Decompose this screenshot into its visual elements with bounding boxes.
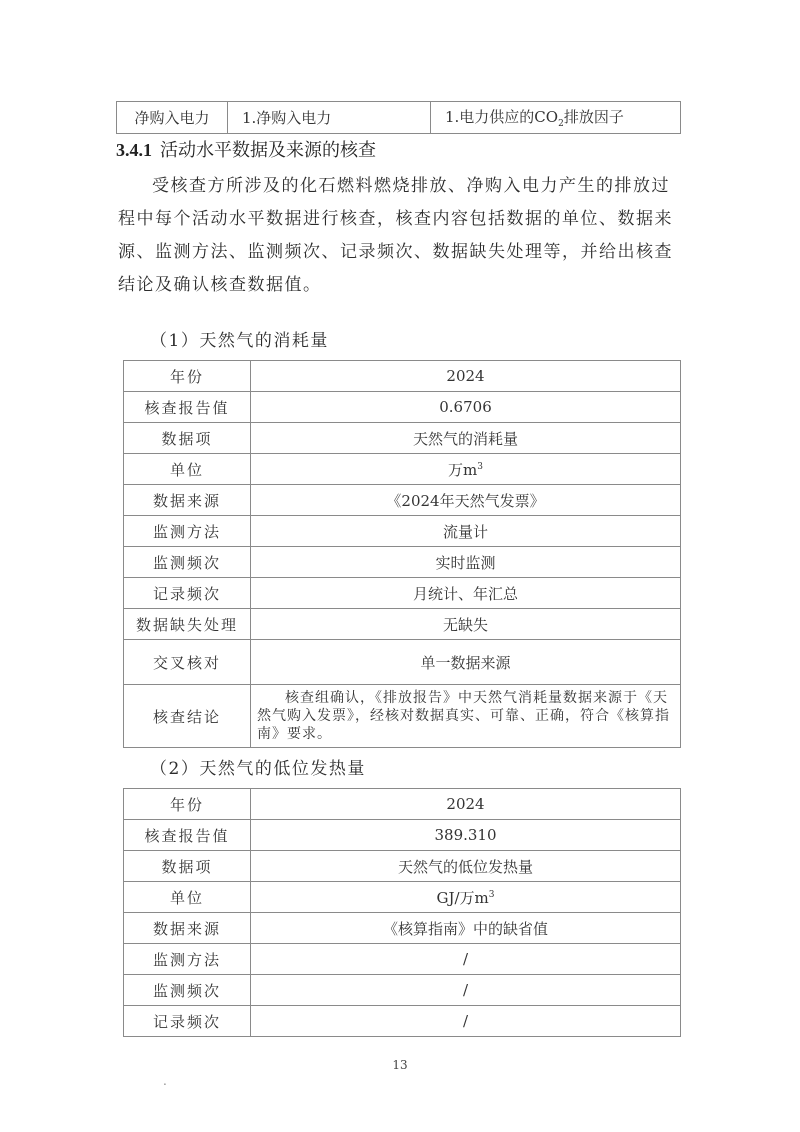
row-label: 年份: [124, 361, 251, 392]
table-row: 数据缺失处理无缺失: [124, 609, 681, 640]
row-label: 数据缺失处理: [124, 609, 251, 640]
section-title: 活动水平数据及来源的核查: [160, 140, 376, 160]
page-number: 13: [0, 1058, 800, 1072]
table-row: 数据项天然气的低位发热量: [124, 851, 681, 882]
table2-caption: （2）天然气的低位发热量: [150, 754, 366, 779]
row-label: 核查报告值: [124, 392, 251, 423]
row-value: 流量计: [251, 516, 681, 547]
table-row: 年份2024: [124, 789, 681, 820]
row-value: 月统计、年汇总: [251, 578, 681, 609]
table-row: 核查结论核查组确认，《排放报告》中天然气消耗量数据来源于《天然气购入发票》，经核…: [124, 685, 681, 748]
table-row: 单位GJ/万m3: [124, 882, 681, 913]
row-value: 无缺失: [251, 609, 681, 640]
row-value: /: [251, 1006, 681, 1037]
cell-text: 排放因子: [564, 108, 624, 126]
row-label: 单位: [124, 882, 251, 913]
row-value: GJ/万m3: [251, 882, 681, 913]
row-label: 核查结论: [124, 685, 251, 748]
row-value: 2024: [251, 361, 681, 392]
table-row: 数据项天然气的消耗量: [124, 423, 681, 454]
row-value: 2024: [251, 789, 681, 820]
superscript: 3: [477, 462, 483, 472]
row-label: 数据来源: [124, 485, 251, 516]
row-value: 389.310: [251, 820, 681, 851]
row-value: 核查组确认，《排放报告》中天然气消耗量数据来源于《天然气购入发票》，经核对数据真…: [251, 685, 681, 748]
cell-text: 1.电力供应的CO: [445, 108, 558, 126]
row-value: 《核算指南》中的缺省值: [251, 913, 681, 944]
row-label: 记录频次: [124, 578, 251, 609]
superscript: 3: [489, 890, 495, 900]
table-natural-gas-lhv: 年份2024核查报告值389.310数据项天然气的低位发热量单位GJ/万m3数据…: [123, 788, 681, 1037]
paragraph-text: 受核查方所涉及的化石燃料燃烧排放、净购入电力产生的排放过程中每个活动水平数据进行…: [118, 176, 673, 295]
row-label: 交叉核对: [124, 640, 251, 685]
table-row: 数据来源《2024年天然气发票》: [124, 485, 681, 516]
table-cell: 1.净购入电力: [228, 102, 431, 134]
table-row: 监测频次实时监测: [124, 547, 681, 578]
row-label: 监测频次: [124, 547, 251, 578]
row-value: /: [251, 975, 681, 1006]
row-value: 万m3: [251, 454, 681, 485]
section-heading: 3.4.1活动水平数据及来源的核查: [116, 136, 376, 162]
table-row: 监测方法流量计: [124, 516, 681, 547]
table1-caption: （1）天然气的消耗量: [150, 326, 329, 351]
table-row: 交叉核对单一数据来源: [124, 640, 681, 685]
row-value: 《2024年天然气发票》: [251, 485, 681, 516]
table-row: 年份2024: [124, 361, 681, 392]
row-value: 单一数据来源: [251, 640, 681, 685]
table-row: 记录频次月统计、年汇总: [124, 578, 681, 609]
table-cell: 1.电力供应的CO2排放因子: [431, 102, 681, 134]
table-row: 监测频次/: [124, 975, 681, 1006]
table-cell: 净购入电力: [117, 102, 228, 134]
row-value: 天然气的消耗量: [251, 423, 681, 454]
table-row: 核查报告值389.310: [124, 820, 681, 851]
table-row: 监测方法/: [124, 944, 681, 975]
value-text: 万m: [448, 461, 477, 479]
table-row: 记录频次/: [124, 1006, 681, 1037]
row-label: 核查报告值: [124, 820, 251, 851]
section-number: 3.4.1: [116, 140, 152, 160]
row-label: 年份: [124, 789, 251, 820]
table-row: 核查报告值0.6706: [124, 392, 681, 423]
row-label: 单位: [124, 454, 251, 485]
body-paragraph: 受核查方所涉及的化石燃料燃烧排放、净购入电力产生的排放过程中每个活动水平数据进行…: [118, 170, 684, 302]
row-label: 数据项: [124, 423, 251, 454]
scan-mark: .: [163, 1074, 167, 1088]
table-row: 净购入电力 1.净购入电力 1.电力供应的CO2排放因子: [117, 102, 681, 134]
row-value: 0.6706: [251, 392, 681, 423]
emission-source-table: 净购入电力 1.净购入电力 1.电力供应的CO2排放因子: [116, 101, 681, 134]
row-value: 天然气的低位发热量: [251, 851, 681, 882]
row-value: /: [251, 944, 681, 975]
row-label: 监测方法: [124, 944, 251, 975]
row-value: 实时监测: [251, 547, 681, 578]
row-label: 监测频次: [124, 975, 251, 1006]
value-text: GJ/万m: [436, 889, 488, 907]
row-label: 数据来源: [124, 913, 251, 944]
table-natural-gas-consumption: 年份2024核查报告值0.6706数据项天然气的消耗量单位万m3数据来源《202…: [123, 360, 681, 748]
table-row: 单位万m3: [124, 454, 681, 485]
row-label: 监测方法: [124, 516, 251, 547]
row-label: 数据项: [124, 851, 251, 882]
row-label: 记录频次: [124, 1006, 251, 1037]
table-row: 数据来源《核算指南》中的缺省值: [124, 913, 681, 944]
